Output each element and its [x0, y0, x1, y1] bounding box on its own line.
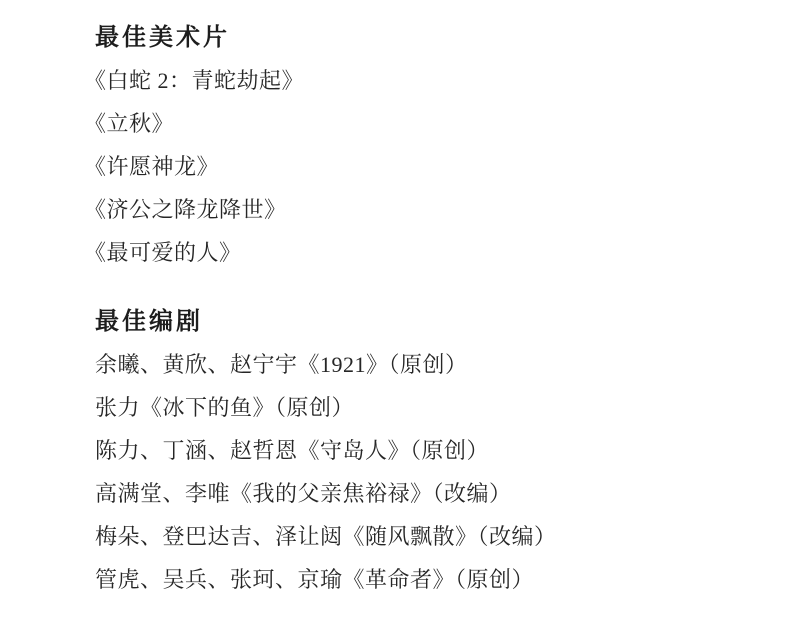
- nominee-line: 管虎、吴兵、张珂、京瑜《革命者》（原创）: [95, 558, 740, 601]
- nominee-line: 《白蛇 2：青蛇劫起》: [95, 59, 740, 102]
- nominee-line: 陈力、丁涵、赵哲恩《守岛人》（原创）: [95, 429, 740, 472]
- document-page: 最佳美术片 《白蛇 2：青蛇劫起》 《立秋》 《许愿神龙》 《济公之降龙降世》 …: [0, 0, 800, 619]
- nominee-line: 《立秋》: [95, 102, 740, 145]
- section-spacer: [95, 274, 740, 300]
- nominee-line: 梅朵、登巴达吉、泽让闼《随风飘散》（改编）: [95, 515, 740, 558]
- section-heading-best-animated-film: 最佳美术片: [95, 16, 740, 59]
- nominee-line: 《济公之降龙降世》: [95, 188, 740, 231]
- section-heading-best-screenplay: 最佳编剧: [95, 300, 740, 343]
- nominee-line: 《最可爱的人》: [95, 231, 740, 274]
- nominee-line: 《许愿神龙》: [95, 145, 740, 188]
- nominee-line: 高满堂、李唯《我的父亲焦裕禄》（改编）: [95, 472, 740, 515]
- nominee-line: 余曦、黄欣、赵宁宇《1921》（原创）: [95, 343, 740, 386]
- nominee-line: 张力《冰下的鱼》（原创）: [95, 386, 740, 429]
